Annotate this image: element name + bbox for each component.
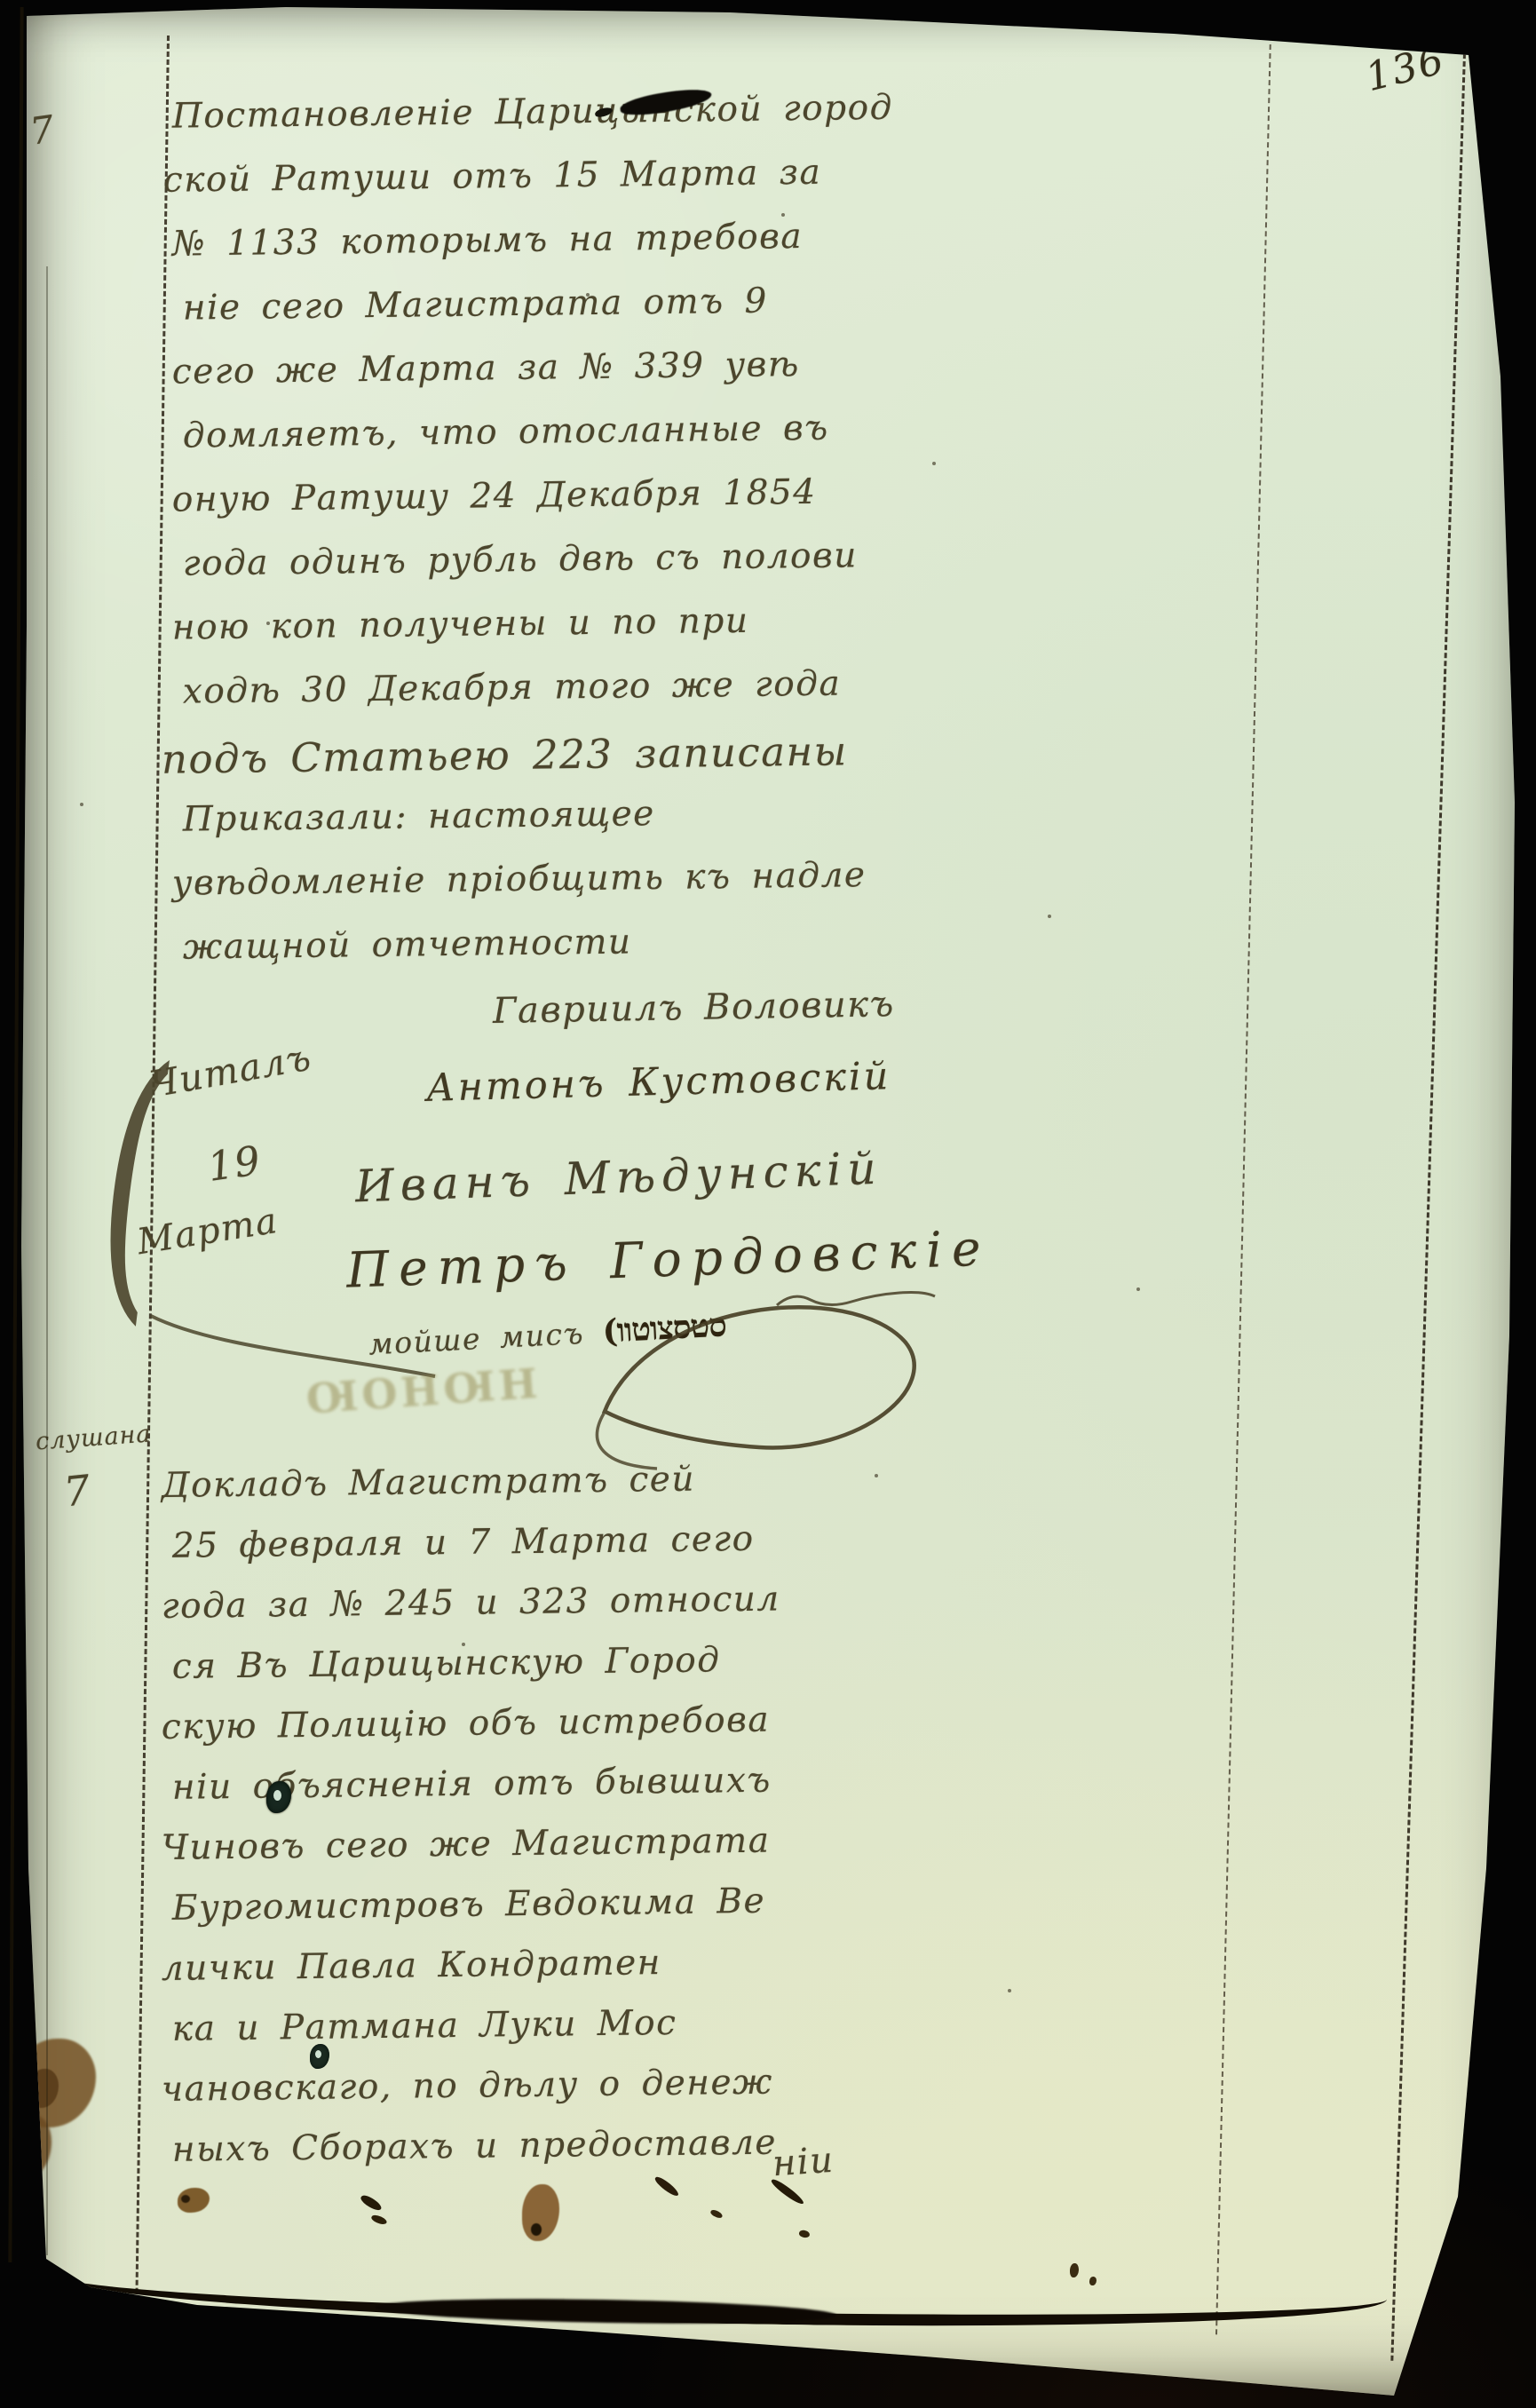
right-inner-rule bbox=[1215, 36, 1271, 2334]
signature-medunsky: Иванъ Мѣдунскій bbox=[354, 1143, 883, 1213]
manuscript-line: Бургомистровъ Евдокима Ве bbox=[172, 1880, 882, 1949]
bottom-stain bbox=[709, 2208, 724, 2220]
manuscript-line: ка и Ратмана Луки Мос bbox=[172, 2000, 882, 2070]
manuscript-line: ною коп получены и по при bbox=[172, 599, 853, 671]
bottom-stain bbox=[522, 2184, 559, 2241]
manuscript-line: подъ Статьею 223 записаны bbox=[162, 727, 853, 799]
manuscript-line: 25 февраля и 7 Марта сего bbox=[172, 1517, 882, 1587]
speck bbox=[781, 213, 785, 217]
manuscript-line: жащной отчетности bbox=[183, 919, 853, 991]
page-number: 136 bbox=[1361, 37, 1450, 100]
speck bbox=[462, 1643, 465, 1646]
signature-volovik: Гавриилъ Воловикъ bbox=[493, 984, 895, 1032]
entry2-margin-number: 7 bbox=[61, 1466, 93, 1517]
manuscript-line: лички Павла Кондратен bbox=[162, 1940, 882, 2009]
speck bbox=[1136, 1287, 1140, 1291]
bottom-stain bbox=[435, 2325, 455, 2335]
entry2-margin-word: слушана bbox=[35, 1420, 152, 1455]
speck bbox=[80, 803, 83, 806]
manuscript-line: ніе сего Магистрата отъ 9 bbox=[183, 280, 853, 352]
manuscript-line: Докладъ Магистратъ сей bbox=[162, 1457, 882, 1526]
speck bbox=[1008, 1989, 1011, 1992]
under-sheet-edge bbox=[8, 7, 23, 2262]
under-sheet-edge bbox=[46, 266, 48, 2255]
speck bbox=[932, 462, 936, 465]
manuscript-line: ся Въ Царицынскую Город bbox=[172, 1638, 882, 1707]
manuscript-line: сего же Марта за № 339 увѣ bbox=[172, 344, 853, 416]
read-note-word: Читалъ bbox=[146, 1035, 314, 1105]
manuscript-line: года одинъ рубль двѣ съ полови bbox=[183, 535, 853, 607]
manuscript-line: ской Ратуши отъ 15 Марта за bbox=[163, 152, 853, 224]
manuscript-line: скую Полицію объ истребова bbox=[162, 1699, 882, 1768]
entry2-tail-word: ніи bbox=[771, 2140, 835, 2185]
manuscript-line: № 1133 которымъ на требова bbox=[172, 216, 853, 288]
manuscript-line: Чиновъ сего же Магистрата bbox=[162, 1819, 882, 1889]
manuscript-line: Постановленіе Царицынской город bbox=[172, 88, 853, 160]
entry2-text: Докладъ Магистратъ сей25 февраля и 7 Мар… bbox=[153, 1461, 881, 2186]
manuscript-line: года за № 245 и 323 относил bbox=[162, 1578, 882, 1647]
speck bbox=[875, 1474, 878, 1477]
signature-kustovsky: Антонъ Кустовскій bbox=[425, 1054, 891, 1111]
manuscript-line: чановскаго, по дѣлу о денеж bbox=[162, 2061, 882, 2130]
read-note-day: 19 bbox=[205, 1137, 265, 1191]
manuscript-line: ходѣ 30 Декабря того же года bbox=[183, 663, 853, 735]
manuscript-line: оную Ратушу 24 Декабря 1854 bbox=[172, 471, 853, 543]
manuscript-line: Приказали: настоящее bbox=[183, 791, 853, 863]
bottom-stain bbox=[370, 2214, 388, 2227]
entry1-text: Постановленіе Царицынской городской Рату… bbox=[160, 92, 852, 987]
manuscript-line: домляетъ, что отосланные въ bbox=[183, 408, 853, 479]
right-outer-rule bbox=[1390, 53, 1466, 2361]
bottom-stain bbox=[359, 2192, 383, 2213]
bottom-stain bbox=[178, 2188, 210, 2213]
manuscript-line: увѣдомленіе пріобщить къ надле bbox=[172, 855, 853, 927]
speck bbox=[266, 622, 270, 625]
paper-sheet: 136 7 Постановленіе Царицынской городско… bbox=[20, 4, 1527, 2406]
scanned-manuscript-page: 136 7 Постановленіе Царицынской городско… bbox=[0, 0, 1536, 2408]
speck bbox=[1048, 915, 1051, 918]
speck bbox=[586, 293, 590, 297]
paraph-flourish bbox=[550, 1263, 959, 1476]
bottom-stain bbox=[798, 2229, 811, 2239]
entry1-margin-number: 7 bbox=[28, 107, 59, 153]
